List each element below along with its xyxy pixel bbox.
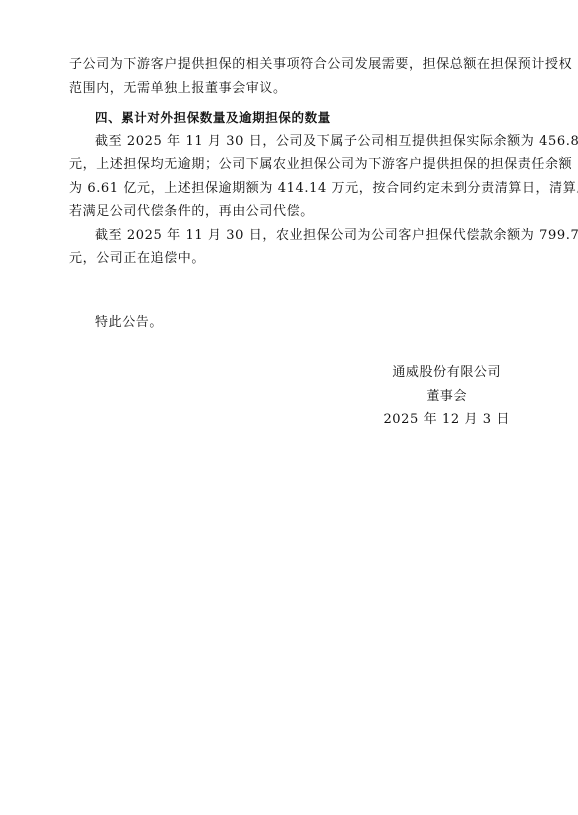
text-line: 元，公司正在追偿中。 [69, 247, 511, 271]
text-line: 截至 2025 年 11 月 30 日，农业担保公司为公司客户担保代偿款余额为 … [69, 224, 511, 248]
board-name: 董事会 [383, 385, 510, 409]
closing-statement: 特此公告。 [69, 311, 511, 335]
text-line: 为 6.61 亿元，上述担保逾期额为 414.14 万元，按合同约定未到分责清算… [69, 177, 511, 201]
section-heading: 四、累计对外担保数量及逾期担保的数量 [69, 106, 511, 130]
document-body: 子公司为下游客户提供担保的相关事项符合公司发展需要，担保总额在担保预计授权 范围… [69, 53, 511, 334]
signature-date: 2025 年 12 月 3 日 [383, 408, 510, 432]
text-line: 元，上述担保均无逾期；公司下属农业担保公司为下游客户提供担保的担保责任余额 [69, 153, 511, 177]
text-line: 子公司为下游客户提供担保的相关事项符合公司发展需要，担保总额在担保预计授权 [69, 53, 511, 77]
text-line: 若满足公司代偿条件的，再由公司代偿。 [69, 200, 511, 224]
company-name: 通威股份有限公司 [383, 361, 510, 385]
signature-block: 通威股份有限公司 董事会 2025 年 12 月 3 日 [383, 361, 510, 432]
text-line: 范围内，无需单独上报董事会审议。 [69, 77, 511, 101]
text-line: 截至 2025 年 11 月 30 日，公司及下属子公司相互提供担保实际余额为 … [69, 130, 511, 154]
